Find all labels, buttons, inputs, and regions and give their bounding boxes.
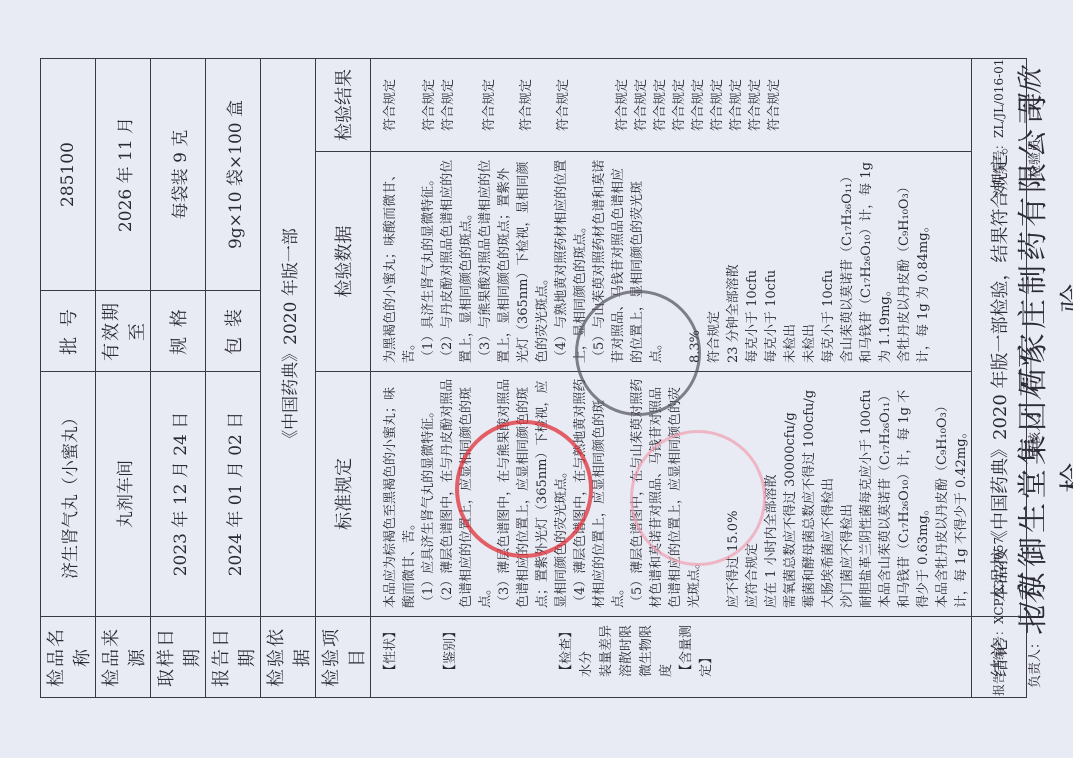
data-list: 为黑褐色的小蜜丸；味酸而微甘、苦。（1）具济生肾气丸的显微特征。（2）与丹皮酚对…: [371, 152, 972, 372]
res-entry: 符合规定: [727, 60, 746, 150]
res-entry: 符合规定: [632, 60, 651, 150]
std-entry: 应不得过 15.0%: [724, 378, 743, 608]
package-value: 9g×10 袋×100 盒: [206, 59, 261, 291]
res-entry: 符合规定: [765, 60, 784, 150]
res-entry: 符合规定: [439, 60, 458, 150]
std-entry: 沙门菌应不得检出: [838, 378, 857, 608]
sample-date-value: 2023 年 12 月 24 日: [151, 372, 206, 617]
expiry-value: 2026 年 11 月: [96, 59, 151, 291]
expiry-label: 有效期至: [96, 291, 151, 372]
reviewer-signature: 审核人：周平: [1010, 348, 1047, 458]
items-entry: 水分: [577, 617, 597, 677]
product-name-label: 检品名称: [41, 617, 96, 698]
items-entry: 【鉴别】: [441, 617, 461, 677]
items-entry: 【含量测定】: [677, 617, 717, 677]
dat-entry: 未检出: [800, 158, 819, 363]
std-entry: （4）薄层色谱图中，在与熟地黄对照药材相应的位置上，应显相同颜色的斑点。: [571, 378, 628, 608]
std-entry: 应符合规定: [743, 378, 762, 608]
header-row-name: 检品名称 济生肾气丸（小蜜丸） 批 号 285100: [41, 59, 96, 698]
basis-value: 《中国药典》2020 年版一部: [261, 59, 316, 617]
package-label: 包 装: [206, 291, 261, 372]
res-entry: 符合规定: [651, 60, 670, 150]
dat-entry: （3）与熊果酸对照品色谱相应的位置上，显相同颜色的斑点；置紫外光灯（365nm）…: [476, 158, 552, 363]
dat-entry: 含牡丹皮以丹皮酚（C₉H₁₀O₃）计，每 1g 为 0.84mg。: [895, 158, 933, 363]
items-entry: 【检查】: [557, 617, 577, 677]
col-standard: 标准规定: [316, 372, 371, 617]
responsible-signature: 负责人：刁利: [1010, 578, 1047, 688]
source-value: 丸剂车间: [96, 372, 151, 617]
res-entry: 符合规定: [554, 60, 573, 150]
res-entry: 符合规定: [420, 60, 439, 150]
report-table: 检品名称 济生肾气丸（小蜜丸） 批 号 285100 检品来源 丸剂车间 有效期…: [40, 58, 1027, 698]
items-entry: 微生物限度: [637, 617, 677, 677]
dat-entry: 未检出: [781, 158, 800, 363]
dat-entry: 每克小于 10cfu: [743, 158, 762, 363]
report-date-value: 2024 年 01 月 02 日: [206, 372, 261, 617]
std-entry: 需氧菌总数应不得过 30000cfu/g: [781, 378, 800, 608]
standard-list: 本品应为棕褐色至黑褐色的小蜜丸；味酸而微甘、苦。（1）应具济生肾气丸的显微特征。…: [371, 372, 972, 617]
report-date-label: 报告日期: [206, 617, 261, 698]
std-entry: 霉菌和酵母菌总数应不得过 100cfu/g: [800, 378, 819, 608]
col-item: 检验项目: [316, 617, 371, 698]
report-table-layer: 检品名称 济生肾气丸（小蜜丸） 批 号 285100 检品来源 丸剂车间 有效期…: [0, 0, 1073, 758]
dat-entry: （2）与丹皮酚对照品色谱相应的位置上，显相同颜色的斑点。: [438, 158, 476, 363]
res-entry: 符合规定: [708, 60, 727, 150]
dat-entry: 符合规定: [705, 158, 724, 363]
spec-value: 每袋装 9 克: [151, 59, 206, 291]
res-entry: 符合规定: [480, 60, 499, 150]
std-entry: （1）应具济生肾气丸的显微特征。: [419, 378, 438, 608]
items-entry: 【性状】: [381, 617, 401, 677]
dat-entry: 23 分钟全部溶散: [724, 158, 743, 363]
items-list: 【性状】【鉴别】【检查】水分装量差异溶散时限微生物限度【含量测定】: [371, 617, 972, 698]
dat-entry: 每克小于 10cfu: [819, 158, 838, 363]
res-entry: 符合规定: [517, 60, 536, 150]
result-list: 符合规定符合规定符合规定符合规定符合规定符合规定符合规定符合规定符合规定符合规定…: [371, 59, 972, 152]
res-entry: 符合规定: [670, 60, 689, 150]
std-entry: 应在 1 小时内全部溶散: [762, 378, 781, 608]
col-result: 检验结果: [316, 59, 371, 152]
batch-value: 285100: [41, 59, 96, 291]
dat-entry: （1）具济生肾气丸的显微特征。: [419, 158, 438, 363]
std-entry: 大肠埃希菌应不得检出: [819, 378, 838, 608]
std-entry: 耐胆盐革兰阴性菌每克应小于 100cfu: [857, 378, 876, 608]
dat-entry: 为黑褐色的小蜜丸；味酸而微甘、苦。: [381, 158, 419, 363]
std-entry: （3）薄层色谱图中，在与熊果酸对照品色谱相应的位置上，应显相同颜色的斑点；置紫外…: [495, 378, 571, 608]
res-entry: 符合规定: [381, 60, 400, 150]
dat-entry: 每克小于 10cfu: [762, 158, 781, 363]
dat-entry: （5）与山茱萸对照药材色谱和莫诺苷对照品、马钱苷对照品色谱相应的位置上，显相同颜…: [590, 158, 666, 363]
basis-label: 检验依据: [261, 617, 316, 698]
dat-entry: 含山茱萸以莫诺苷（C₁₇H₂₆O₁₁）和马钱苷（C₁₇H₂₆O₁₀）计，每 1g…: [838, 158, 895, 363]
res-entry: 符合规定: [746, 60, 765, 150]
dat-entry: （4）与熟地黄对照药材相应的位置上，显相同颜色的斑点。: [552, 158, 590, 363]
items-entry: 装量差异: [597, 617, 617, 677]
res-entry: 符合规定: [613, 60, 632, 150]
std-entry: 本品含牡丹皮以丹皮酚（C₉H₁₀O₃）计，每 1g 不得少于 0.42mg。: [933, 378, 971, 608]
std-entry: （5）薄层色谱图中，在与山茱萸对照药材色谱和莫诺苷对照品、马钱苷对照品色谱相应的…: [628, 378, 704, 608]
sample-date-label: 取样日期: [151, 617, 206, 698]
col-data: 检验数据: [316, 152, 371, 372]
res-entry: 符合规定: [689, 60, 708, 150]
dat-entry: 8.3%: [686, 158, 705, 363]
std-entry: 本品含山茱萸以莫诺苷（C₁₇H₂₆O₁₁）和马钱苷（C₁₇H₂₆O₁₀）计，每 …: [876, 378, 933, 608]
std-entry: （2）薄层色谱图中，在与丹皮酚对照品色谱相应的位置上，应显相同颜色的斑点。: [438, 378, 495, 608]
product-name-value: 济生肾气丸（小蜜丸）: [41, 372, 96, 617]
inspector-signature: 检验员：吴欣: [1010, 68, 1047, 178]
spec-label: 规 格: [151, 291, 206, 372]
source-label: 检品来源: [96, 617, 151, 698]
batch-label: 批 号: [41, 291, 96, 372]
items-entry: 溶散时限: [617, 617, 637, 677]
std-entry: 本品应为棕褐色至黑褐色的小蜜丸；味酸而微甘、苦。: [381, 378, 419, 608]
